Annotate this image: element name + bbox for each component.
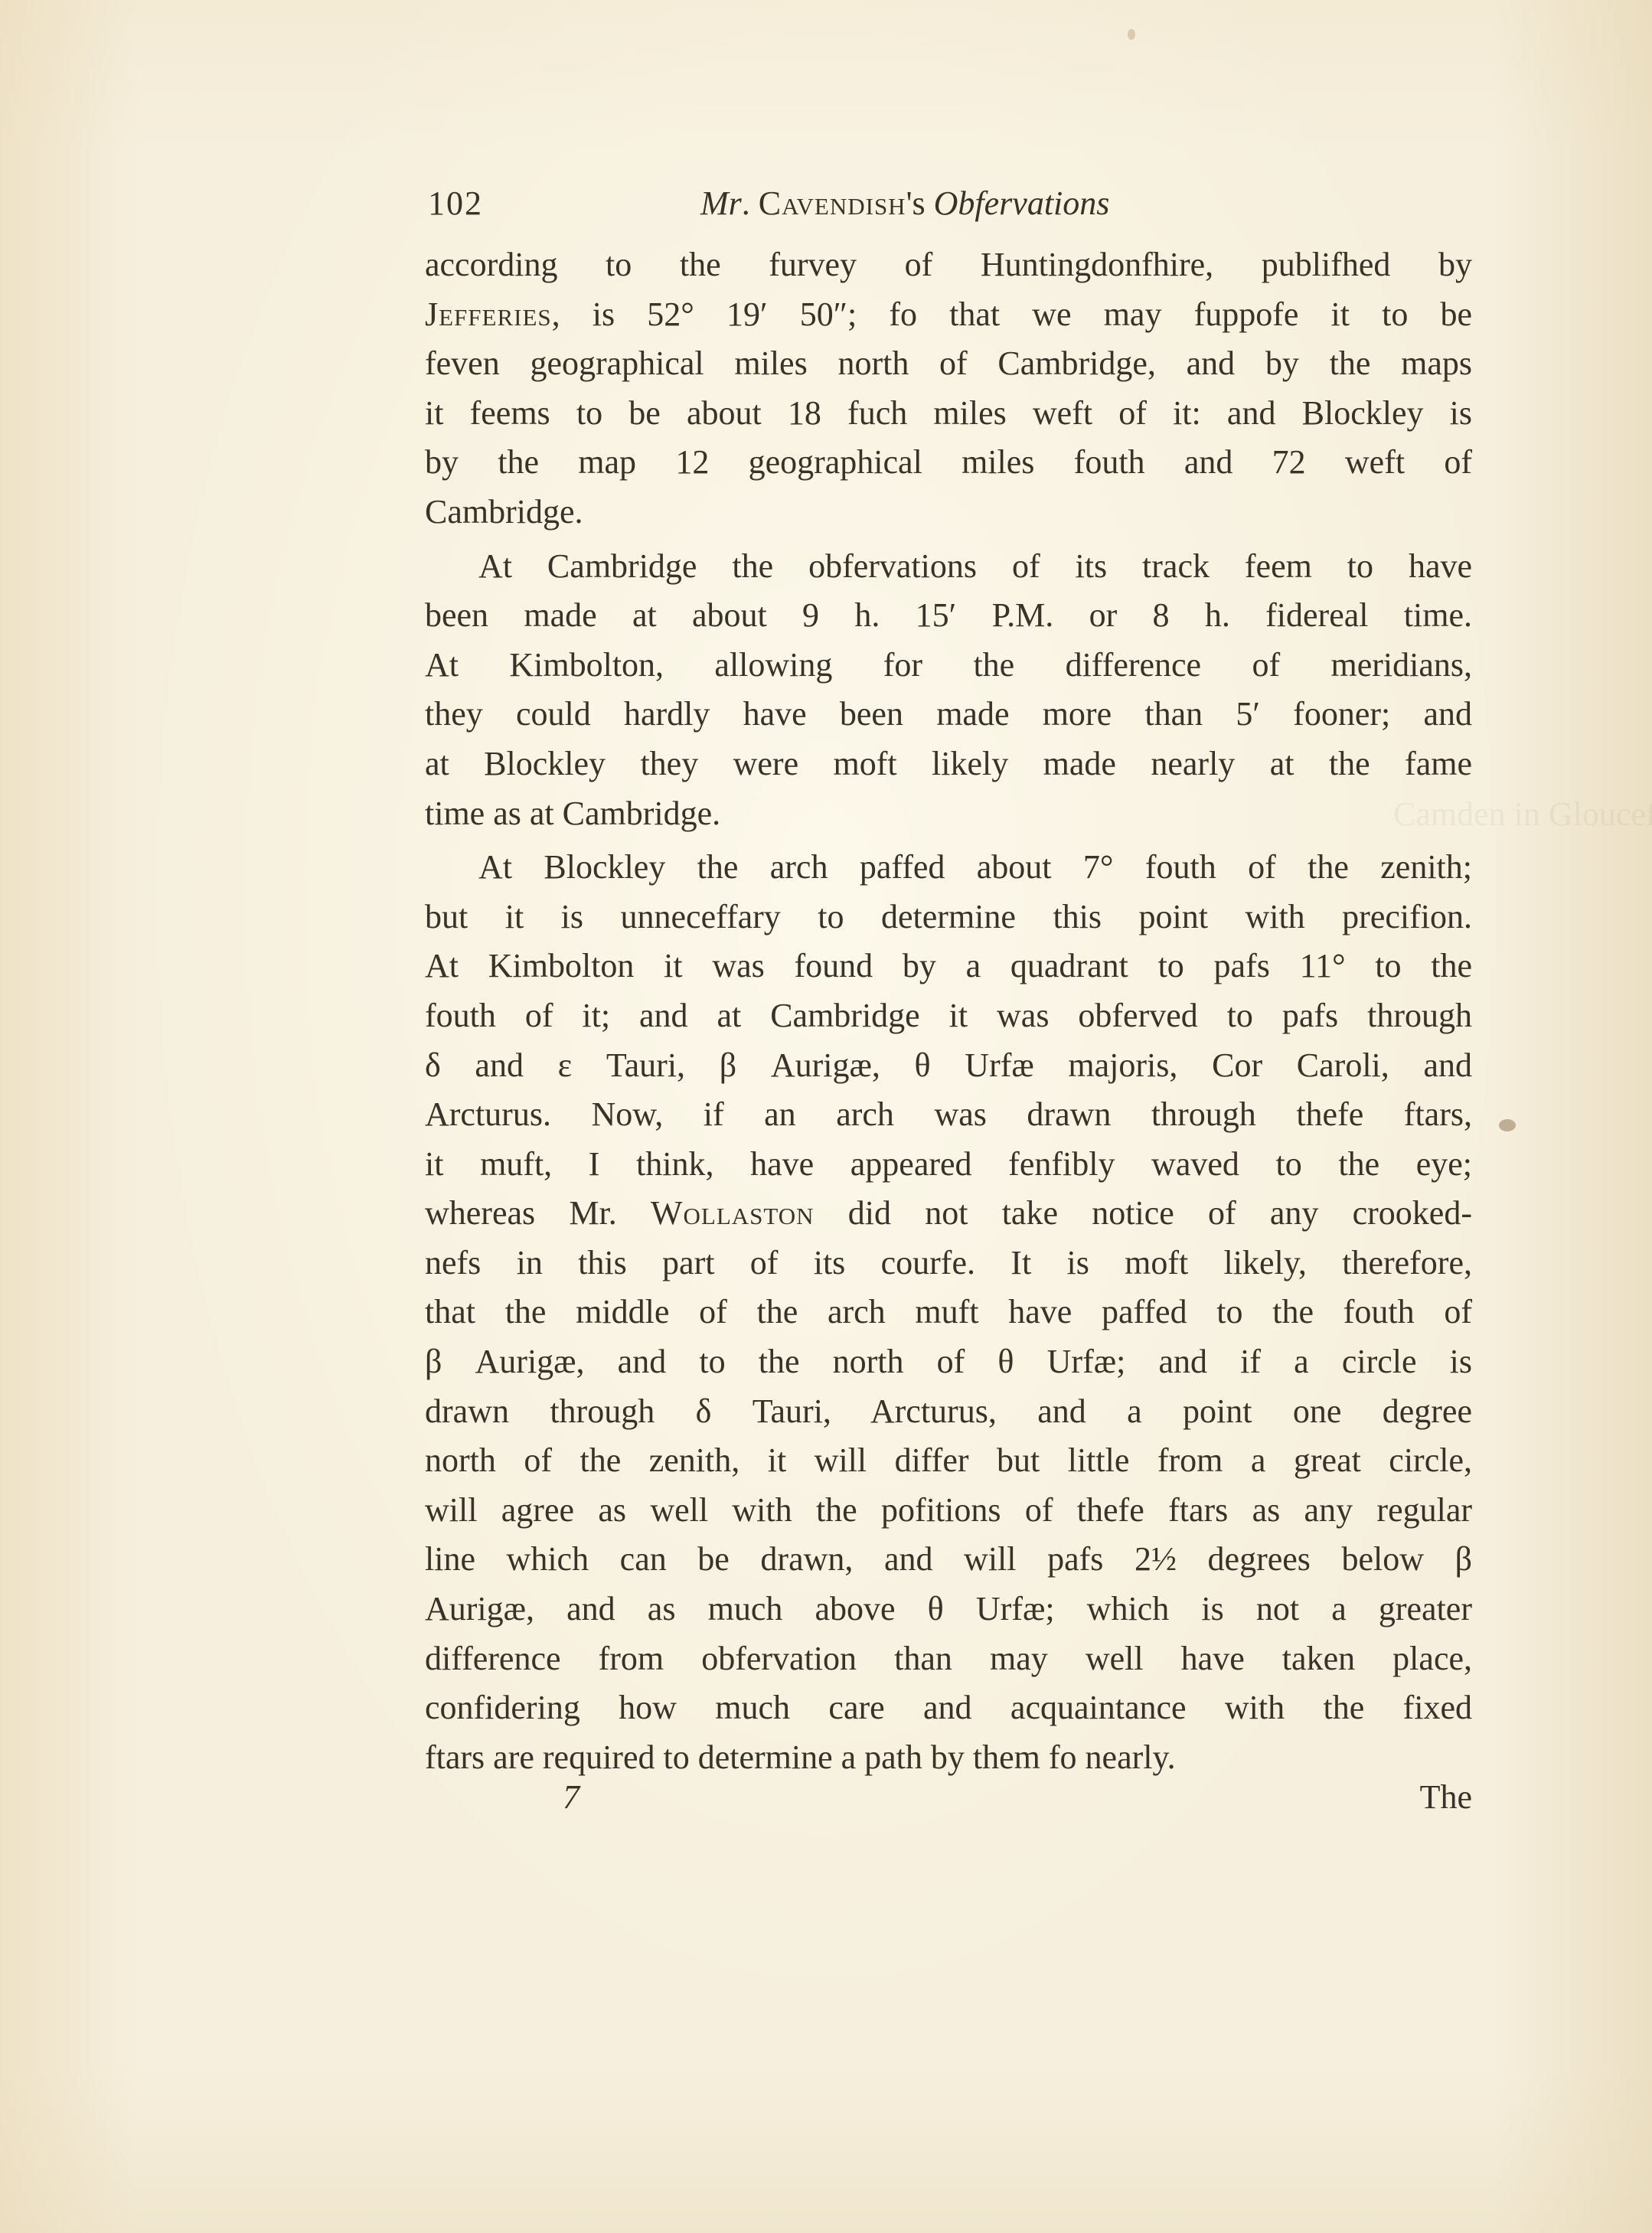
text-line: it muft, I think, have appeared fenfibly… [425,1140,1472,1190]
text-line: by the map 12 geographical miles fouth a… [425,438,1472,488]
text-line: At Cambridge the obfervations of its tra… [425,542,1472,592]
paper-blemish [1128,29,1135,40]
text-fragment: did not take notice of any crooked- [815,1194,1472,1232]
scanned-page: Camden in Gloucefterfhire 102 Mr. Cavend… [0,0,1652,2233]
text-line: confidering how much care and acquaintan… [425,1683,1472,1733]
catchword: The [1420,1778,1472,1817]
text-fragment: whereas Mr. [425,1194,651,1232]
text-line: At Kimbolton, allowing for the differenc… [425,641,1472,690]
running-head-possessive: 's [906,184,934,222]
text-line: Aurigæ, and as much above θ Urfæ; which … [425,1585,1472,1634]
body-text: according to the furvey of Huntingdonfhi… [425,240,1472,1782]
text-line: will agree as well with the pofitions of… [425,1486,1472,1536]
text-line: δ and ε Tauri, β Aurigæ, θ Urfæ majoris,… [425,1041,1472,1091]
text-line: time as at Cambridge. [425,789,1472,839]
text-line: drawn through δ Tauri, Arcturus, and a p… [425,1387,1472,1437]
text-line: it feems to be about 18 fuch miles weft … [425,389,1472,439]
text-line: difference from obfervation than may wel… [425,1634,1472,1684]
running-head-title: Obfervations [934,184,1110,222]
text-line: at Blockley they were moft likely made n… [425,739,1472,789]
author-name-wollaston: Wollaston [651,1194,815,1232]
text-line: according to the furvey of Huntingdonfhi… [425,240,1472,290]
text-line: but it is unneceffary to determine this … [425,893,1472,942]
text-line: line which can be drawn, and will pafs 2… [425,1535,1472,1585]
page-footer: 7 The [425,1778,1472,1827]
author-name-jefferies: Jefferies [425,295,552,333]
text-line: nefs in this part of its courfe. It is m… [425,1239,1472,1288]
text-fragment: , is 52° 19′ 50″; fo that we may fuppofe… [552,295,1472,333]
text-line: Cambridge. [425,488,1472,537]
text-line: north of the zenith, it will differ but … [425,1436,1472,1486]
running-head-name: Cavendish [759,184,906,222]
page-number: 102 [428,184,483,223]
text-line: been made at about 9 h. 15′ P.M. or 8 h.… [425,591,1472,641]
running-head-prefix: Mr [700,184,742,222]
text-line: that the middle of the arch muft have pa… [425,1288,1472,1337]
page-header: 102 Mr. Cavendish's Obfervations [425,184,1474,230]
text-line: feven geographical miles north of Cambri… [425,339,1472,389]
paragraph-2: At Cambridge the obfervations of its tra… [425,542,1472,839]
text-line: Jefferies, is 52° 19′ 50″; fo that we ma… [425,290,1472,340]
running-head-dot: . [742,184,759,222]
paragraph-1: according to the furvey of Huntingdonfhi… [425,240,1472,537]
text-line: ftars are required to determine a path b… [425,1733,1472,1783]
signature-mark: 7 [563,1778,580,1817]
text-line: β Aurigæ, and to the north of θ Urfæ; an… [425,1337,1472,1387]
paper-blemish [1499,1119,1516,1131]
text-line: they could hardly have been made more th… [425,690,1472,739]
text-line: Arcturus. Now, if an arch was drawn thro… [425,1090,1472,1140]
text-line: whereas Mr. Wollaston did not take notic… [425,1189,1472,1239]
paragraph-3: At Blockley the arch paffed about 7° fou… [425,843,1472,1782]
text-line: At Blockley the arch paffed about 7° fou… [425,843,1472,893]
running-head: Mr. Cavendish's Obfervations [700,184,1109,223]
text-line: At Kimbolton it was found by a quadrant … [425,942,1472,991]
text-line: fouth of it; and at Cambridge it was obf… [425,991,1472,1041]
